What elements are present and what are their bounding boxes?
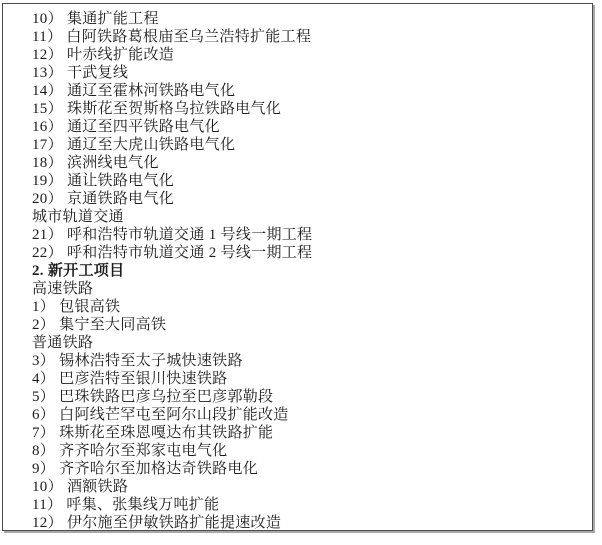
list-item: 13） 干武复线 — [32, 64, 586, 82]
list-item: 22） 呼和浩特市轨道交通 2 号线一期工程 — [32, 244, 586, 262]
category-label-high-speed-rail: 高速铁路 — [32, 280, 586, 298]
document-page: 10） 集通扩能工程 11） 白阿铁路葛根庙至乌兰浩特扩能工程 12） 叶赤线扩… — [2, 3, 593, 531]
list-item: 20） 京通铁路电气化 — [32, 190, 586, 208]
list-item: 12） 伊尔施至伊敏铁路扩能提速改造 — [32, 514, 586, 531]
list-item: 10） 酒额铁路 — [32, 478, 586, 496]
list-item: 19） 通让铁路电气化 — [32, 172, 586, 190]
list-item: 9） 齐齐哈尔至加格达奇铁路电化 — [32, 460, 586, 478]
list-item: 6） 白阿线芒罕屯至阿尔山段扩能改造 — [32, 406, 586, 424]
list-item: 11） 呼集、张集线万吨扩能 — [32, 496, 586, 514]
category-label-urban-rail: 城市轨道交通 — [32, 208, 586, 226]
list-item: 2） 集宁至大同高铁 — [32, 316, 586, 334]
list-item: 5） 巴珠铁路巴彦乌拉至巴彦郭勒段 — [32, 388, 586, 406]
list-item: 18） 滨洲线电气化 — [32, 154, 586, 172]
list-item: 1） 包银高铁 — [32, 298, 586, 316]
list-item: 10） 集通扩能工程 — [32, 10, 586, 28]
section-title-new-projects: 2. 新开工项目 — [32, 262, 586, 280]
list-item: 15） 珠斯花至贺斯格乌拉铁路电气化 — [32, 100, 586, 118]
list-item: 16） 通辽至四平铁路电气化 — [32, 118, 586, 136]
list-item: 21） 呼和浩特市轨道交通 1 号线一期工程 — [32, 226, 586, 244]
list-item: 8） 齐齐哈尔至郑家屯电气化 — [32, 442, 586, 460]
list-item: 3） 锡林浩特至太子城快速铁路 — [32, 352, 586, 370]
list-item: 14） 通辽至霍林河铁路电气化 — [32, 82, 586, 100]
list-item: 12） 叶赤线扩能改造 — [32, 46, 586, 64]
list-item: 4） 巴彦浩特至银川快速铁路 — [32, 370, 586, 388]
category-label-conventional-rail: 普通铁路 — [32, 334, 586, 352]
list-item: 11） 白阿铁路葛根庙至乌兰浩特扩能工程 — [32, 28, 586, 46]
list-item: 17） 通辽至大虎山铁路电气化 — [32, 136, 586, 154]
list-item: 7） 珠斯花至珠恩嘎达布其铁路扩能 — [32, 424, 586, 442]
